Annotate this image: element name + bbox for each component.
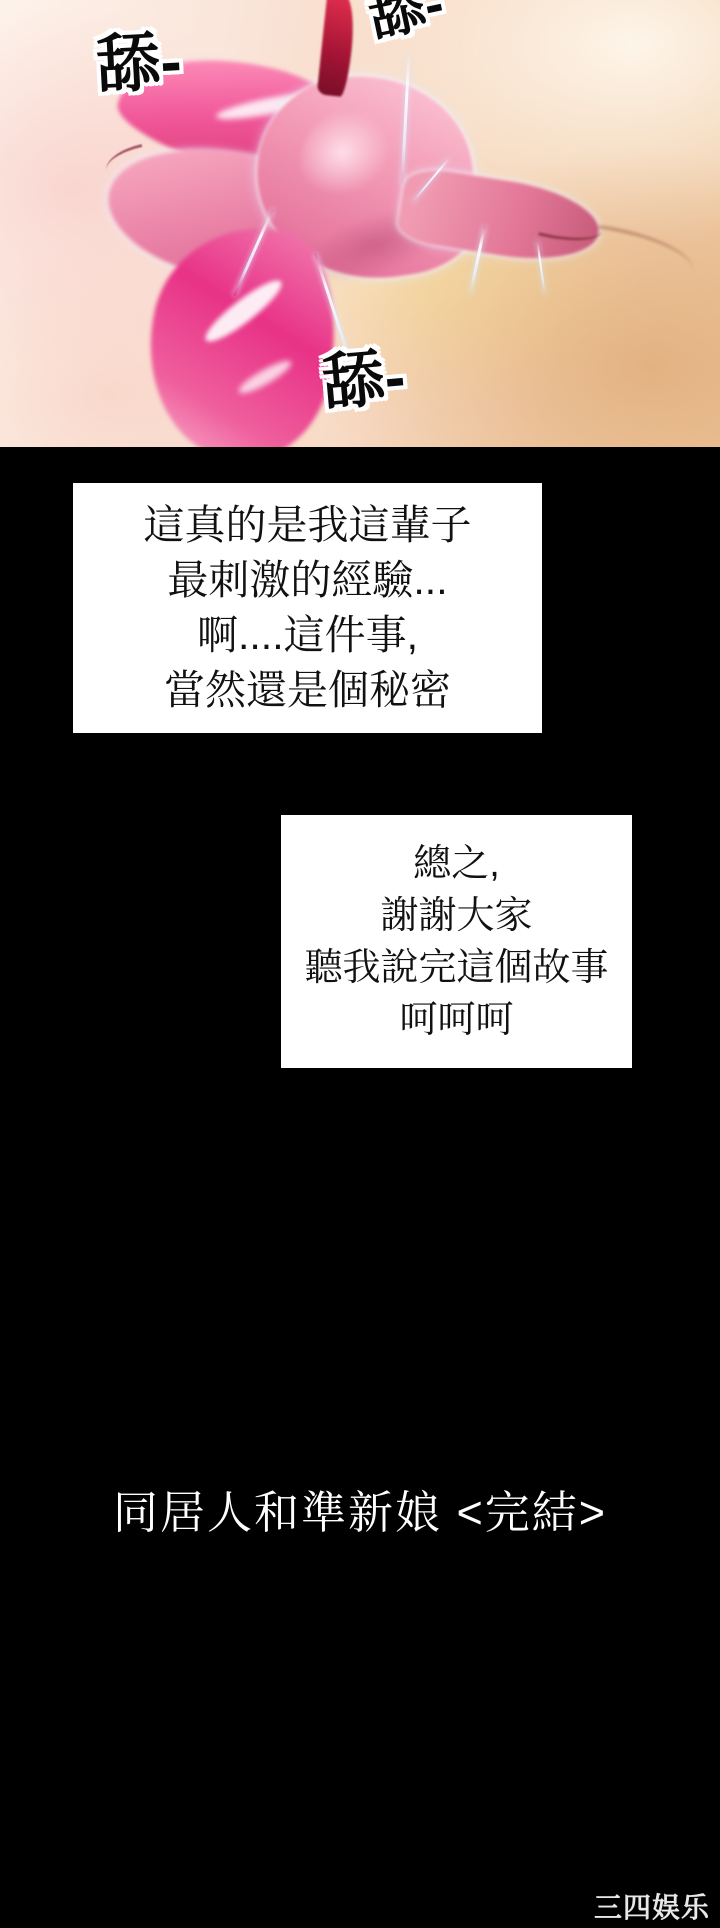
kiss-illustration-panel: 舔- 舔- 舔- xyxy=(0,0,720,447)
narration-line: 這真的是我這輩子 xyxy=(144,498,472,553)
narration-line: 聽我說完這個故事 xyxy=(304,942,608,994)
narration-line: 總之, xyxy=(413,838,500,890)
sfx-lick-top-right: 舔- xyxy=(360,0,450,53)
narration-line: 最刺激的經驗... xyxy=(167,553,447,608)
narration-line: 啊....這件事, xyxy=(197,608,418,663)
sfx-lick-bottom: 舔- xyxy=(318,327,408,423)
mouth-crease-line xyxy=(594,225,698,272)
narration-box-1: 這真的是我這輩子 最刺激的經驗... 啊....這件事, 當然還是個秘密 xyxy=(73,483,542,733)
narration-line: 呵呵呵 xyxy=(399,994,513,1046)
series-ending-title: 同居人和準新娘 <完結> xyxy=(0,1476,720,1541)
narration-line: 謝謝大家 xyxy=(380,890,532,942)
comic-page: 舔- 舔- 舔- 這真的是我這輩子 最刺激的經驗... 啊....這件事, 當然… xyxy=(0,0,720,1928)
narration-box-2: 總之, 謝謝大家 聽我說完這個故事 呵呵呵 xyxy=(281,815,632,1068)
narration-line: 當然還是個秘密 xyxy=(164,663,451,718)
sfx-lick-top-left: 舔- xyxy=(94,10,184,106)
site-watermark: 三四娱乐 xyxy=(594,1886,710,1926)
